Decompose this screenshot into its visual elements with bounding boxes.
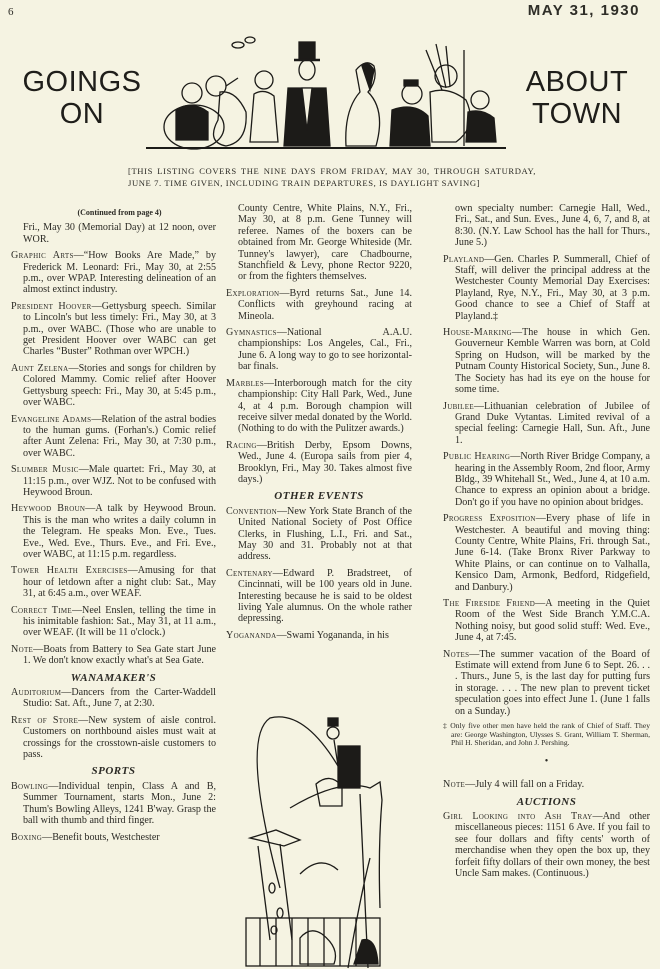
lead-paragraph: County Centre, White Plains, N.Y., Fri.,…: [226, 203, 412, 283]
listing-entry: Slumber Music—Male quartet: Fri., May 30…: [11, 464, 216, 498]
entry-text: —The summer vacation of the Board of Est…: [455, 649, 650, 717]
title-word: TOWN: [512, 98, 642, 130]
listing-entry: Boxing—Benefit bouts, Westchester: [11, 832, 216, 843]
page-number: 6: [8, 6, 14, 18]
entry-text: —Swami Yogananda, in his: [276, 630, 388, 641]
listing-entry: Notes—The summer vacation of the Board o…: [443, 649, 650, 717]
section-heading-sports: SPORTS: [11, 766, 216, 777]
footnote: ‡ Only five other men have held the rank…: [443, 722, 650, 748]
entry-keyword: Aunt Zelena: [11, 363, 68, 374]
lead-paragraph: Fri., May 30 (Memorial Day) at 12 noon, …: [11, 222, 216, 245]
entry-text: —Gen. Charles P. Summerall, Chief of Sta…: [455, 254, 650, 322]
entry-keyword: Auditorium: [11, 687, 61, 698]
entry-text: —Benefit bouts, Westchester: [42, 832, 160, 843]
entry-keyword: Notes: [443, 649, 469, 660]
entry-keyword: Rest of Store: [11, 715, 78, 726]
listing-entry: Jubilee—Lithuanian celebration of Jubile…: [443, 401, 650, 447]
entry-keyword: Note: [443, 779, 465, 790]
party-crowd-illustration: [146, 30, 506, 150]
entry-keyword: Note: [11, 644, 33, 655]
entry-keyword: Convention: [226, 506, 277, 517]
listing-entry: House-Marking—The house in which Gen. Go…: [443, 327, 650, 395]
column-1: (Continued from page 4) Fri., May 30 (Me…: [11, 207, 216, 848]
entry-keyword: Bowling: [11, 781, 48, 792]
entry-keyword: House-Marking: [443, 327, 512, 338]
entry-keyword: Tower Health Exercises: [11, 565, 128, 576]
entry-text: —Lithuanian celebration of Jubilee of Gr…: [455, 401, 650, 446]
title-word: GOINGS: [22, 66, 142, 98]
entry-keyword: Jubilee: [443, 401, 474, 412]
entry-keyword: Racing: [226, 440, 257, 451]
listing-entry: Convention—New York State Branch of the …: [226, 506, 412, 563]
entry-keyword: Correct Time: [11, 605, 72, 616]
listing-entry: The Fireside Friend—A meeting in the Qui…: [443, 598, 650, 644]
listing-entry: Gymnastics—National A.A.U. championships…: [226, 327, 412, 373]
entry-keyword: The Fireside Friend: [443, 598, 535, 609]
entry-keyword: Playland: [443, 254, 484, 265]
entry-text: —British Derby, Epsom Downs, Wed., June …: [238, 440, 412, 485]
entry-keyword: Centenary: [226, 568, 273, 579]
entry-keyword: Yogananda: [226, 630, 276, 641]
entry-keyword: Heywood Broun: [11, 503, 85, 514]
listing-entry: Note—July 4 will fall on a Friday.: [443, 779, 650, 790]
column-3: own specialty number: Carnegie Hall, Wed…: [443, 203, 650, 885]
entry-keyword: Public Hearing: [443, 451, 510, 462]
listing-entry: Heywood Broun—A talk by Heywood Broun. T…: [11, 503, 216, 560]
listing-entry: Tower Health Exercises—Amusing for that …: [11, 565, 216, 599]
entry-keyword: Exploration: [226, 288, 279, 299]
section-heading-other-events: OTHER EVENTS: [226, 491, 412, 502]
listing-entry: Centenary—Edward P. Bradstreet, of Cinci…: [226, 568, 412, 625]
listing-entry: Correct Time—Neel Enslen, telling the ti…: [11, 605, 216, 639]
listing-entry: Progress Exposition—Every phase of life …: [443, 513, 650, 593]
bullet-divider: •: [443, 756, 650, 767]
title-word: ON: [22, 98, 142, 130]
column-2: County Centre, White Plains, N.Y., Fri.,…: [226, 203, 412, 646]
lead-paragraph: own specialty number: Carnegie Hall, Wed…: [443, 203, 650, 249]
listing-entry: Auditorium—Dancers from the Carter-Wadde…: [11, 687, 216, 710]
continued-note: (Continued from page 4): [11, 207, 216, 218]
listing-entry: Marbles—Interborough match for the city …: [226, 378, 412, 435]
entry-text: —Boats from Battery to Sea Gate start Ju…: [23, 644, 216, 666]
listing-entry: Girl Looking into Ash Tray—And other mis…: [443, 811, 650, 879]
entry-keyword: Slumber Music: [11, 464, 79, 475]
listing-entry: Graphic Arts—“How Books Are Made,” by Fr…: [11, 250, 216, 296]
listing-entry: Evangeline Adams—Relation of the astral …: [11, 414, 216, 460]
section-heading-wanamakers: WANAMAKER'S: [11, 673, 216, 684]
entry-keyword: Gymnastics: [226, 327, 277, 338]
entry-keyword: President Hoover: [11, 301, 92, 312]
listing-entry: Yogananda—Swami Yogananda, in his: [226, 630, 412, 641]
listing-entry: Public Hearing—North River Bridge Compan…: [443, 451, 650, 508]
entry-keyword: Boxing: [11, 832, 42, 843]
listing-entry: Aunt Zelena—Stories and songs for childr…: [11, 363, 216, 409]
entry-text: —Every phase of life in Westchester. A b…: [455, 513, 650, 592]
listing-entry: Note—Boats from Battery to Sea Gate star…: [11, 644, 216, 667]
entry-text: —Interborough match for the city champio…: [238, 378, 412, 435]
listing-entry: Playland—Gen. Charles P. Summerall, Chie…: [443, 254, 650, 322]
yogi-giraffe-illustration: [230, 678, 414, 969]
section-title-left: GOINGS ON: [22, 66, 142, 130]
issue-date: MAY 31, 1930: [528, 2, 640, 19]
entry-keyword: Marbles: [226, 378, 264, 389]
listing-entry: Exploration—Byrd returns Sat., June 14. …: [226, 288, 412, 322]
listing-entry: President Hoover—Gettysburg speech. Simi…: [11, 301, 216, 358]
listing-entry: Rest of Store—New system of aisle contro…: [11, 715, 216, 761]
entry-keyword: Evangeline Adams: [11, 414, 91, 425]
section-title-right: ABOUT TOWN: [512, 66, 642, 130]
title-word: ABOUT: [512, 66, 642, 98]
entry-keyword: Graphic Arts: [11, 250, 74, 261]
listing-entry: Bowling—Individual tenpin, Class A and B…: [11, 781, 216, 827]
entry-text: —July 4 will fall on a Friday.: [465, 779, 584, 790]
section-heading-auctions: AUCTIONS: [443, 797, 650, 808]
listing-entry: Racing—British Derby, Epsom Downs, Wed.,…: [226, 440, 412, 486]
entry-keyword: Progress Exposition: [443, 513, 536, 524]
entry-keyword: Girl Looking into Ash Tray: [443, 811, 593, 822]
entry-text: —Individual tenpin, Class A and B, Summe…: [23, 781, 216, 826]
listing-period-note: [This listing covers the nine days from …: [128, 165, 536, 189]
